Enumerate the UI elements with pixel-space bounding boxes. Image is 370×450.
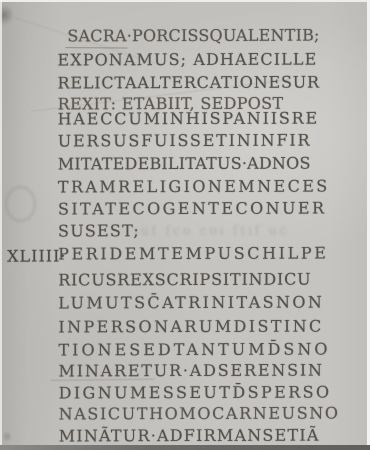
manuscript-text-block: XLIIII· SACRA·PORCISSQUALENTIB; EXPONAMU… — [0, 0, 370, 450]
manuscript-line: SITATECOGENTECONUER — [58, 200, 327, 219]
photo-edge-bottom — [0, 445, 370, 450]
photo-edge-top — [0, 0, 370, 2]
manuscript-line: LUMUTSC̄ATRINITASNON — [58, 294, 324, 313]
manuscript-line: RICUSREXSCRIPSITINDICU — [58, 271, 311, 290]
manuscript-line: SUSEST; — [58, 222, 140, 240]
manuscript-line: NASICUTHOMOCARNEUSNO — [59, 404, 340, 423]
manuscript-line: TRAMRELIGIONEMNECES — [58, 177, 330, 196]
manuscript-photo: XLIIII· SACRA·PORCISSQUALENTIB; EXPONAMU… — [0, 0, 370, 450]
manuscript-line: SACRA·PORCISSQUALENTIB; — [67, 27, 319, 46]
manuscript-line: MITATEDEBILITATUS·ADNOS — [58, 155, 311, 174]
manuscript-line: MINÃTUR·ADFIRMANSETIÃ — [59, 427, 320, 446]
manuscript-line: UERSUSFUISSETININFIR — [58, 132, 312, 151]
manuscript-line: MINARETUR·ADSERENSIN — [58, 362, 323, 381]
underline-mark — [65, 47, 127, 48]
manuscript-line: EXPONAMUS; ADHAECILLE — [57, 51, 317, 70]
photo-edge-left — [0, 0, 2, 450]
manuscript-line: HAECCUMINHISPANIISRE — [58, 110, 319, 129]
erased-text: ıuſ ſco coı ſtıſ uc — [134, 224, 289, 240]
manuscript-line: DIGNUMESSEUTD̄SPERSO — [59, 383, 332, 402]
manuscript-line: PERIDEMTEMPUSCHILPE — [58, 244, 328, 263]
manuscript-line: INPERSONARUMDISTINC — [58, 318, 323, 337]
manuscript-line: TIONESEDTANTUMD̄SNO — [58, 340, 330, 359]
manuscript-line: RELICTAALTERCATIONESUR — [57, 74, 319, 93]
